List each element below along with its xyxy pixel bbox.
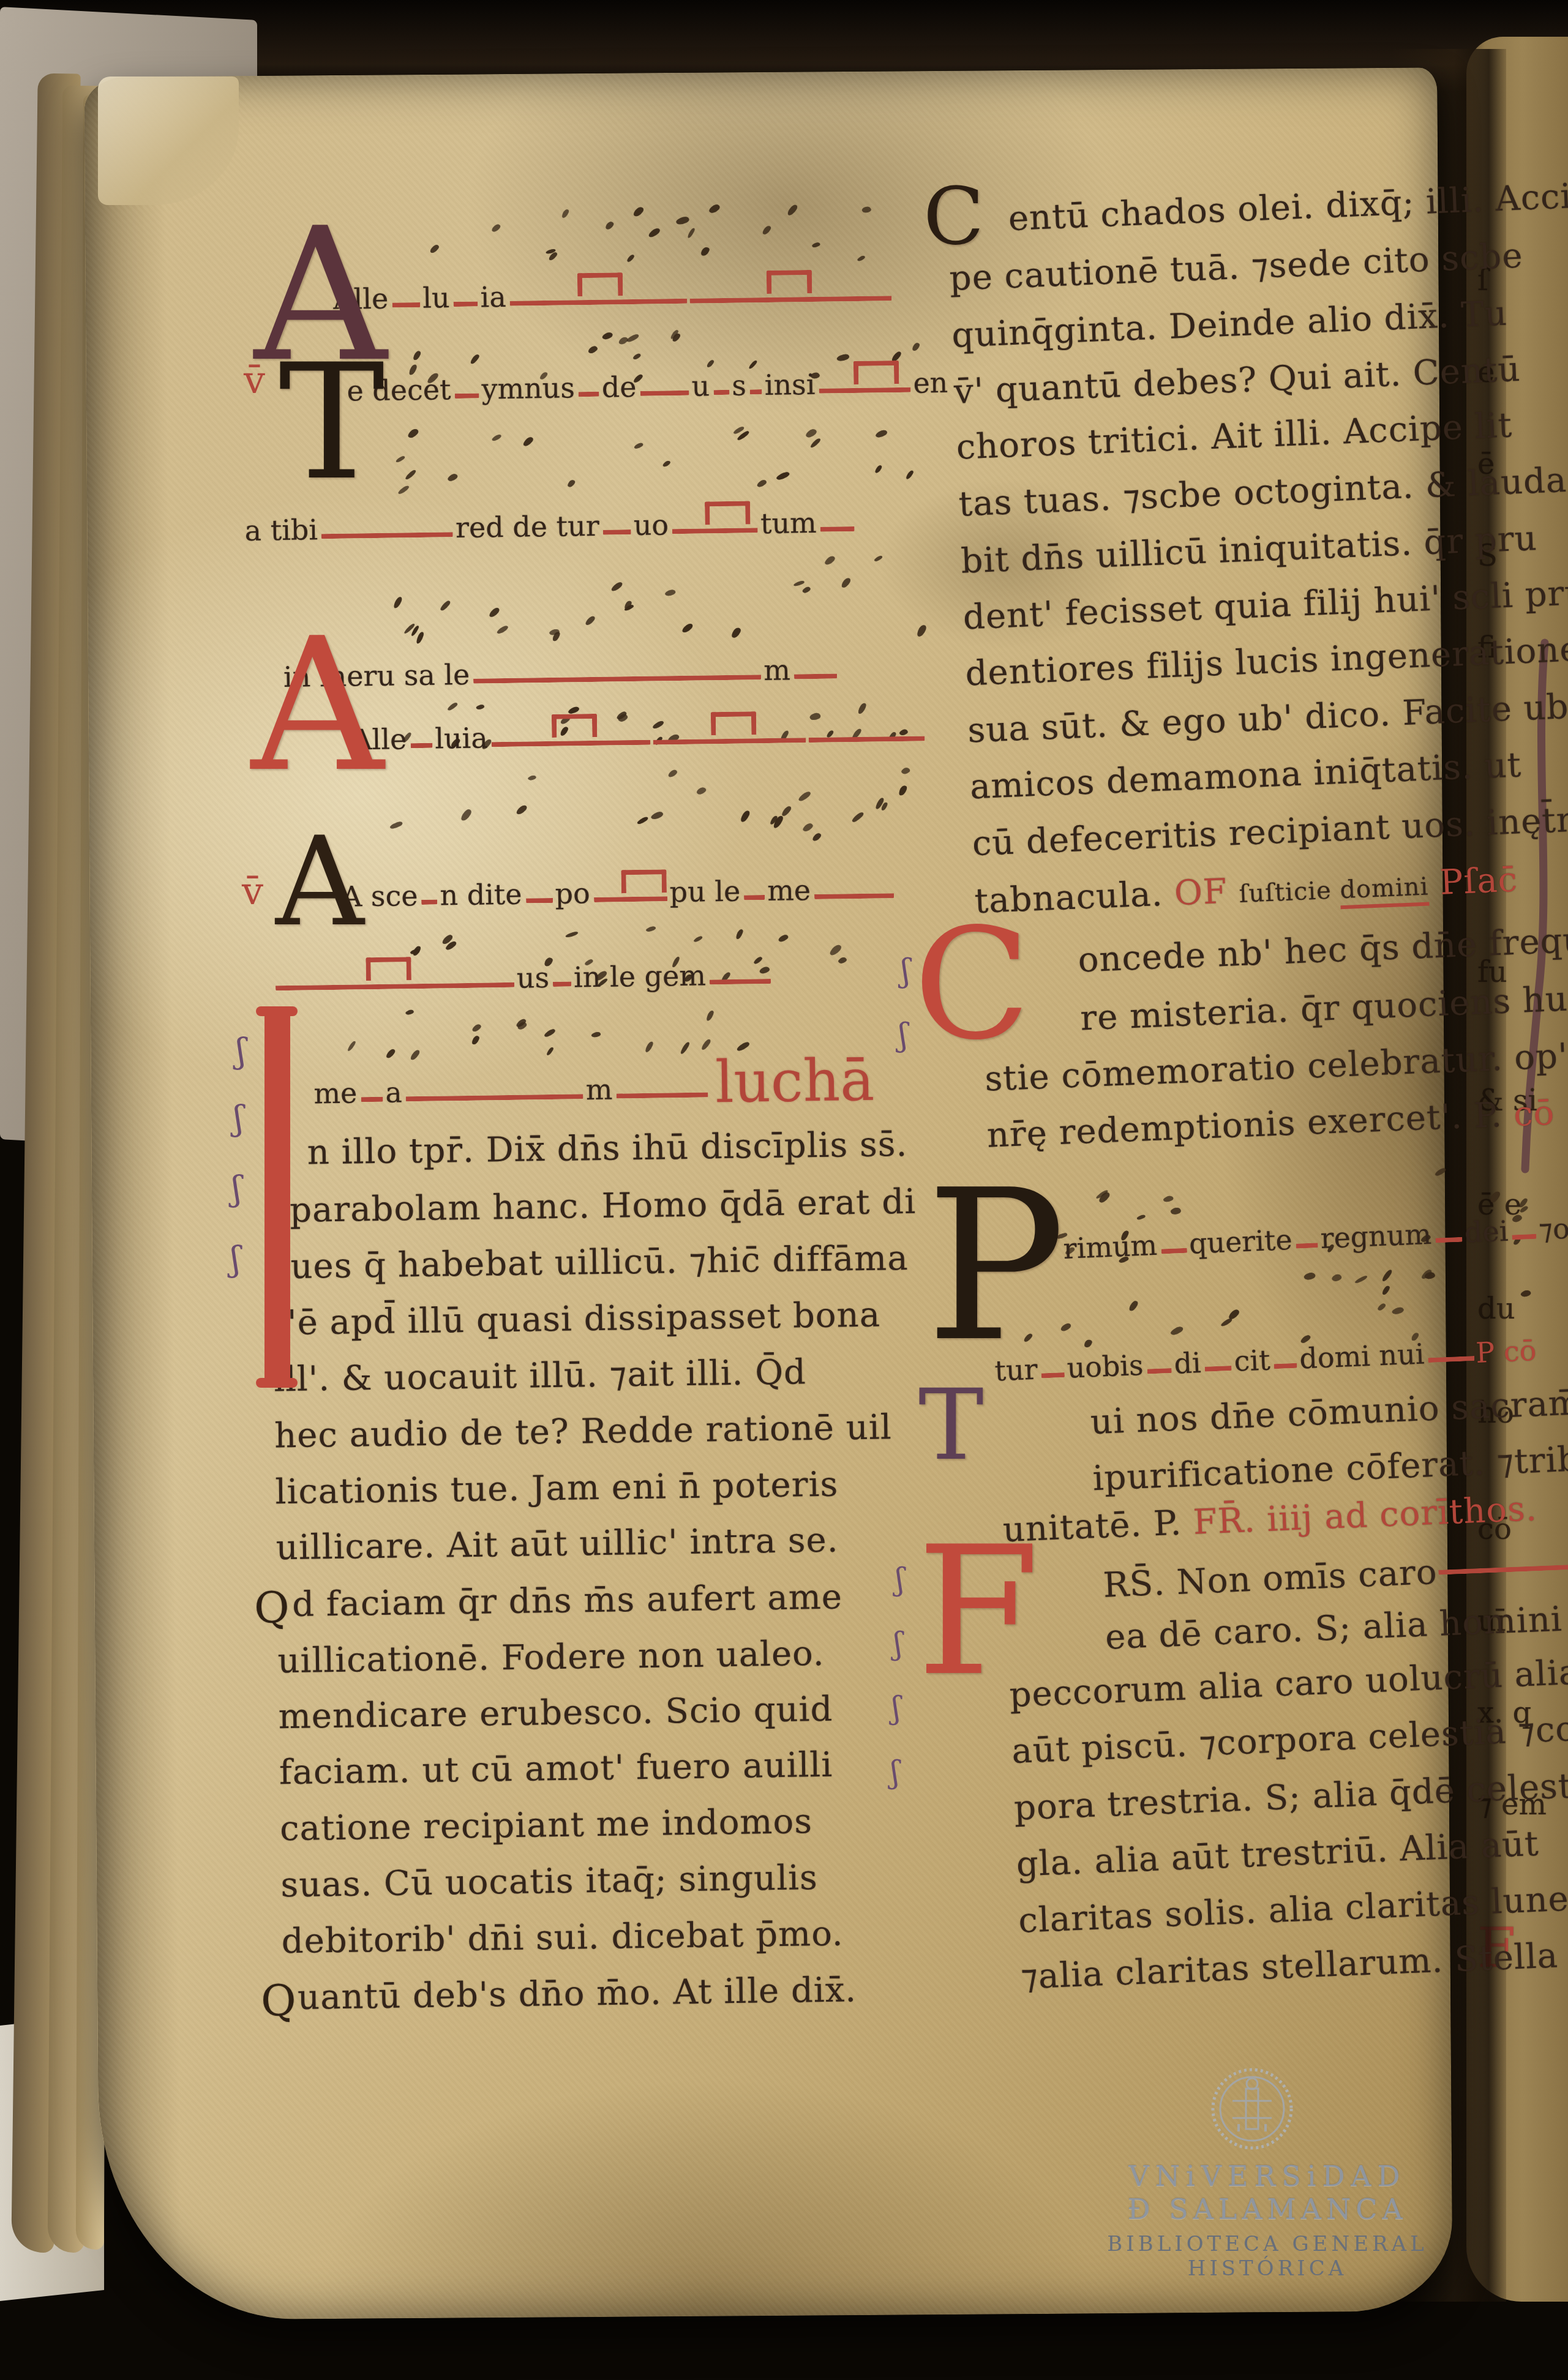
text-segment: sua sūt. & ego ub' dico. Facite ub' xyxy=(967,686,1568,750)
neume-band xyxy=(369,763,946,856)
text-segment: po xyxy=(553,877,593,911)
rubric-large: luchā xyxy=(709,1058,875,1106)
initial-A-alleluia-2: A xyxy=(251,631,384,781)
initial-F-fratres: F xyxy=(917,1540,1040,1685)
chant-line-extender xyxy=(453,280,478,307)
university-seal-icon xyxy=(1209,2063,1295,2155)
chant-line-extender xyxy=(640,369,689,396)
chant-line-extender xyxy=(392,280,421,308)
chant-line-extender xyxy=(1438,1542,1568,1575)
prose-text-line: Quantū deb's dn̄o m̄o. At ille dix̄. xyxy=(264,1970,857,2018)
text-segment: ea dē caro. S; alia homini alia xyxy=(1105,1596,1568,1658)
prose-text-line: n illo tpr̄. Dix̄ dn̄s ihū discīplis s… xyxy=(252,1125,907,1173)
text-segment: a tibi xyxy=(243,513,320,548)
margin-flourish: ʃ xyxy=(232,1172,241,1207)
prose-text-line: ui nos dn̄e cōmunio sacram̄tī xyxy=(983,1382,1568,1446)
watermark-line3: BIBLIOTECA GENERAL HISTÓRICA xyxy=(1096,2232,1439,2281)
text-segment: me xyxy=(766,874,814,908)
chant-line-extender xyxy=(709,957,771,984)
neume-band xyxy=(389,413,935,500)
text-segment: ues q̄ habebat uillicū. ⁊hic̄ diffāma xyxy=(290,1238,909,1287)
prose-text-line: re misteria. q̄r quociens hui' ho xyxy=(966,976,1568,1042)
initial-T-tui-nos: T xyxy=(918,1385,984,1465)
chant-line-extender xyxy=(689,274,892,304)
text-segment: gla. alia aūt trestriū. Alia aūt xyxy=(1016,1824,1540,1885)
prose-text-line: t'ē apd̄ illū quasi dissipasset bona xyxy=(254,1295,880,1344)
chant-line-extender xyxy=(593,874,667,902)
chant-line-extender xyxy=(653,716,806,744)
prose-text-line: gla. alia aūt trestriū. Alia aūt xyxy=(1000,1824,1540,1885)
prose-text-line: RS̄. Non omīs caro xyxy=(989,1542,1568,1610)
text-segment: ⁊alia claritas stellarum. Stella xyxy=(1020,1936,1559,1997)
text-segment: red de tur xyxy=(454,509,602,545)
margin-flourish: ʃ xyxy=(891,1757,899,1787)
rubric-text: Pſac̄ xyxy=(1428,860,1518,904)
prose-text-line: uillicare. Ait aūt uillic' intra se. xyxy=(257,1521,839,1568)
prose-text-line: quinq̄ginta. Deinde alio dix̄. Tu xyxy=(939,294,1508,356)
chant-line-extender xyxy=(473,653,762,684)
chant-line-extender xyxy=(1427,1334,1475,1363)
text-segment: regnum xyxy=(1318,1218,1435,1256)
chant-line-extender xyxy=(525,876,553,904)
text-segment: pora trestria. S; alia q̄dē celestiū xyxy=(1013,1765,1568,1828)
text-segment: pu le xyxy=(668,875,743,910)
chant-line-extender xyxy=(744,873,765,900)
chant-line-extender xyxy=(672,506,759,534)
margin-flourish: ʃ xyxy=(899,1019,907,1051)
prose-text-line: oncede nb' hec q̄s dn̄e frequēta xyxy=(964,918,1568,985)
text-segment: claritas solis. alia claritas lune. xyxy=(1018,1879,1568,1941)
watermark-text: VNiVERSiDAD Ð SALAMANCA BIBLIOTECA GENER… xyxy=(1096,2160,1439,2281)
prose-text-line: stie cōmemoratio celebratur. op' xyxy=(969,1036,1568,1100)
prose-text-line: Qd faciam q̄r dn̄s m̄s aufert ame xyxy=(258,1577,843,1625)
text-segment: s xyxy=(730,369,749,403)
chant-line-extender xyxy=(1204,1344,1232,1372)
prose-text-line: ⁊alia claritas stellarum. Stella xyxy=(1005,1936,1559,1997)
chant-line-extender xyxy=(1146,1346,1172,1374)
text-segment: querite xyxy=(1187,1223,1296,1262)
chant-line-extender xyxy=(602,507,631,535)
margin-letter: Q xyxy=(254,1582,291,1633)
text-segment: aūt piscū. ⁊corpora celestia ⁊cor xyxy=(1011,1708,1568,1772)
text-segment: ill'. & uocauit illū. ⁊ait illi. Q̄d xyxy=(274,1352,807,1399)
text-segment: v̄' quantū debes? Qui ait. Centū xyxy=(953,350,1521,412)
text-segment: luia xyxy=(433,721,490,756)
text-segment: tas tuas. ⁊scbe octoginta. & lauda xyxy=(958,460,1567,525)
text-segment: choros tritici. Ait illi. Accipe lit xyxy=(956,405,1514,467)
text-segment: m xyxy=(762,653,793,688)
margin-flourish: ʃ xyxy=(896,1564,904,1595)
text-segment: amicos demamona iniq̄tatis. ut xyxy=(969,745,1522,807)
margin-flourish: ʃ xyxy=(236,1035,246,1069)
text-segment: entū chados olei. dixq̄; illi. Acci xyxy=(1008,176,1568,239)
text-segment: hec audio de te? Redde rationē uil xyxy=(274,1407,892,1456)
text-segment: dentiores filijs lucis ingeneratione xyxy=(964,629,1568,694)
chant-line-extender xyxy=(1295,1221,1318,1248)
text-segment: insi xyxy=(763,368,817,403)
text-segment: de xyxy=(601,370,639,405)
incipit-small-text-underlined: domini xyxy=(1339,872,1429,909)
text-segment: re misteria. q̄r quociens hui' ho xyxy=(1079,976,1568,1038)
prose-text-line: dent' fecisset quia filij hui' scli pru xyxy=(950,573,1568,638)
prose-text-line: claritas solis. alia claritas lune. xyxy=(1002,1879,1568,1942)
margin-flourish: ʃ xyxy=(231,1243,240,1277)
prose-text-line: mendicare erubesco. Scio quid xyxy=(260,1690,833,1737)
chant-line-extender xyxy=(361,1075,383,1102)
chant-line-extender xyxy=(1273,1341,1297,1369)
text-segment: di xyxy=(1172,1346,1204,1382)
text-segment: uo xyxy=(632,508,671,543)
rubric-text: FR̄. iiij ad corīthos. xyxy=(1193,1489,1538,1543)
initial-A-ascendite: A xyxy=(276,833,364,933)
chant-line-extender xyxy=(819,365,911,394)
text-segment: ipurificatione cōferat. ⁊tribuat xyxy=(1092,1437,1568,1499)
rubric-text: P cō xyxy=(1475,1334,1537,1369)
chant-line-extender xyxy=(509,277,688,306)
text-segment: parabolam hanc. Homo q̄dā erat di xyxy=(290,1182,917,1230)
chant-line-extender xyxy=(1511,1212,1537,1240)
chant-line-extender xyxy=(820,504,855,532)
text-segment: faciam. ut cū amot' fuero auilli xyxy=(279,1745,833,1793)
right-text-column: entū chados olei. dixq̄; illi. Accipe c… xyxy=(934,166,1568,2024)
prose-text-line: ill'. & uocauit illū. ⁊ait illi. Q̄d xyxy=(255,1352,807,1400)
margin-flourish: ʃ xyxy=(892,1693,901,1723)
chant-text-line: usin le gem xyxy=(250,957,773,1000)
initial-T-te-decet: T xyxy=(279,358,384,488)
text-segment: RS̄. Non omīs caro xyxy=(1102,1552,1438,1606)
text-segment: us xyxy=(516,961,552,996)
text-segment: uantū deb's dn̄o m̄o. At ille dix̄. xyxy=(298,1970,857,2018)
prose-text-line: aūt piscū. ⁊corpora celestia ⁊cor xyxy=(996,1708,1568,1772)
chant-line-extender xyxy=(713,368,730,395)
text-segment: oncede nb' hec q̄s dn̄e frequēta xyxy=(1077,918,1568,981)
prose-text-line: faciam. ut cū amot' fuero auilli xyxy=(261,1745,833,1793)
prose-text-line: bit dn̄s uillicū iniquitatis. q̄r pru xyxy=(948,518,1538,582)
chant-line-extender xyxy=(793,651,837,679)
text-segment: licationis tue. Jam eni n̄ poteris xyxy=(275,1465,839,1513)
text-segment: tum xyxy=(759,506,820,541)
text-segment: u xyxy=(690,369,712,403)
text-segment: rimum xyxy=(1062,1229,1161,1267)
text-segment: t'ē apd̄ illū quasi dissipasset bona xyxy=(272,1295,880,1344)
margin-flourish: ʃ xyxy=(234,1102,243,1136)
text-segment: suas. Cū uocatis itaq̄; singulis xyxy=(280,1858,818,1905)
prose-text-line: pora trestria. S; alia q̄dē celestiū xyxy=(998,1765,1568,1829)
prose-text-line: parabolam hanc. Homo q̄dā erat di xyxy=(253,1182,917,1231)
prose-text-line: hec audio de te? Redde rationē uil xyxy=(256,1407,892,1456)
chant-line-extender xyxy=(1160,1226,1187,1254)
margin-flourish: v̄ xyxy=(244,361,265,399)
prose-text-line: licationis tue. Jam eni n̄ poteris xyxy=(257,1465,839,1513)
text-segment: me xyxy=(312,1077,360,1112)
prose-text-line: suas. Cū uocatis itaq̄; singulis xyxy=(262,1858,818,1906)
chant-line-extender xyxy=(749,367,762,394)
margin-flourish: v̄ xyxy=(242,872,263,910)
text-segment: n dite xyxy=(438,878,525,913)
text-segment: quinq̄ginta. Deinde alio dix̄. Tu xyxy=(951,294,1508,356)
prose-text-line: choros tritici. Ait illi. Accipe lit xyxy=(943,405,1514,468)
manuscript-photo: { "photo": { "description_colors": { "in… xyxy=(0,0,1568,2380)
text-segment: peccorum alia caro uolucrū alia xyxy=(1009,1653,1568,1715)
text-segment: ⁊omnia xyxy=(1537,1209,1568,1248)
prose-text-line: ues q̄ habebat uillicū. ⁊hic̄ diffāma xyxy=(253,1238,909,1287)
initial-C-concede: C xyxy=(913,921,1030,1047)
text-segment: ymnus xyxy=(480,371,577,406)
prose-text-line: debitorib' dn̄i sui. dicebat p̄mo. xyxy=(263,1914,844,1961)
watermark-line1: VNiVERSiDAD xyxy=(1096,2160,1439,2193)
text-segment: pe cautionē tuā. ⁊sede cito scbe xyxy=(949,236,1524,299)
text-segment: lu xyxy=(421,281,452,316)
prose-text-line: uillicationē. Fodere non ualeo. xyxy=(259,1634,825,1682)
text-segment: n illo tpr̄. Dix̄ dn̄s ihū discīplis s… xyxy=(307,1125,907,1173)
text-segment: m xyxy=(584,1073,615,1108)
chant-line-extender xyxy=(578,370,599,397)
text-segment: uillicationē. Fodere non ualeo. xyxy=(277,1634,825,1681)
neume-band xyxy=(336,550,943,651)
margin-flourish: ʃ xyxy=(901,955,910,987)
prose-text-line: peccorum alia caro uolucrū alia xyxy=(994,1653,1568,1716)
text-segment: ia xyxy=(479,280,509,315)
rubric-text: cō xyxy=(1513,1093,1556,1135)
margin-letter: Q xyxy=(261,1975,298,2026)
chant-line-extender xyxy=(410,721,433,748)
text-segment: stie cōmemoratio celebratur. op' xyxy=(984,1036,1568,1099)
initial-C-centum: C xyxy=(923,184,984,249)
chant-line-extender xyxy=(421,878,438,905)
text-segment: ui nos dn̄e cōmunio sacram̄tī xyxy=(1090,1382,1568,1442)
text-segment: dent' fecisset quia filij hui' scli pru xyxy=(962,573,1568,638)
rubric-text: OF xyxy=(1174,871,1240,913)
chant-line-extender xyxy=(553,960,572,987)
prose-text-line: entū chados olei. dixq̄; illi. Acci xyxy=(934,176,1568,242)
chant-line-extender xyxy=(1435,1215,1463,1243)
chant-line-extender xyxy=(616,1071,708,1099)
text-segment: bit dn̄s uillicū iniquitatis. q̄r pru xyxy=(960,518,1538,582)
prose-text-line: tas tuas. ⁊scbe octoginta. & lauda xyxy=(945,460,1567,525)
text-segment: mendicare erubesco. Scio quid xyxy=(278,1690,833,1737)
chant-line-extender xyxy=(491,718,651,747)
initial-I-in-illo xyxy=(264,1009,290,1385)
chant-line-extender xyxy=(808,714,925,743)
prose-text-line: cū defeceritis recipiant uos. inęt̄na xyxy=(959,799,1568,864)
text-segment: d faciam q̄r dn̄s m̄s aufert ame xyxy=(292,1577,843,1625)
text-segment: cū defeceritis recipiant uos. inęt̄na xyxy=(972,799,1568,864)
prose-text-line: v̄' quantū debes? Qui ait. Centū xyxy=(941,350,1521,413)
text-segment: uillicare. Ait aūt uillic' intra se. xyxy=(276,1521,839,1568)
prose-text-line: amicos demamona iniq̄tatis. ut xyxy=(957,745,1522,807)
text-segment: a xyxy=(384,1076,405,1110)
margin-flourish: ʃ xyxy=(894,1628,902,1659)
prose-text-line: sua sūt. & ego ub' dico. Facite ub' xyxy=(955,686,1568,751)
prose-text-line: tabnacula. OF ſuſticie domini Pſac̄ xyxy=(961,860,1518,922)
chant-line-extender xyxy=(814,871,895,899)
prose-text-line: dentiores filijs lucis ingeneratione xyxy=(953,629,1568,694)
chant-line-extender xyxy=(454,372,479,399)
text-segment: dei xyxy=(1463,1214,1512,1251)
watermark-line2: Ð SALAMANCA xyxy=(1096,2193,1439,2226)
text-segment: catione recipiant me indomos xyxy=(280,1802,813,1849)
text-segment: domi nui xyxy=(1297,1337,1427,1376)
incipit-small-text: ſuſticie xyxy=(1239,876,1341,908)
text-segment: in le gem xyxy=(572,959,709,995)
text-segment: uobis xyxy=(1065,1349,1146,1386)
chant-text-line: meamluchā xyxy=(251,1058,875,1112)
text-segment: debitorib' dn̄i sui. dicebat p̄mo. xyxy=(281,1914,844,1961)
neume-band xyxy=(422,195,926,275)
prose-text-line: pe cautionē tuā. ⁊sede cito scbe xyxy=(937,236,1524,299)
prose-text-line: catione recipiant me indomos xyxy=(261,1802,813,1849)
chant-line-extender xyxy=(276,960,515,990)
chant-line-extender xyxy=(405,1072,583,1101)
text-segment: cit xyxy=(1232,1343,1273,1379)
initial-P-primum: P xyxy=(926,1181,1066,1352)
